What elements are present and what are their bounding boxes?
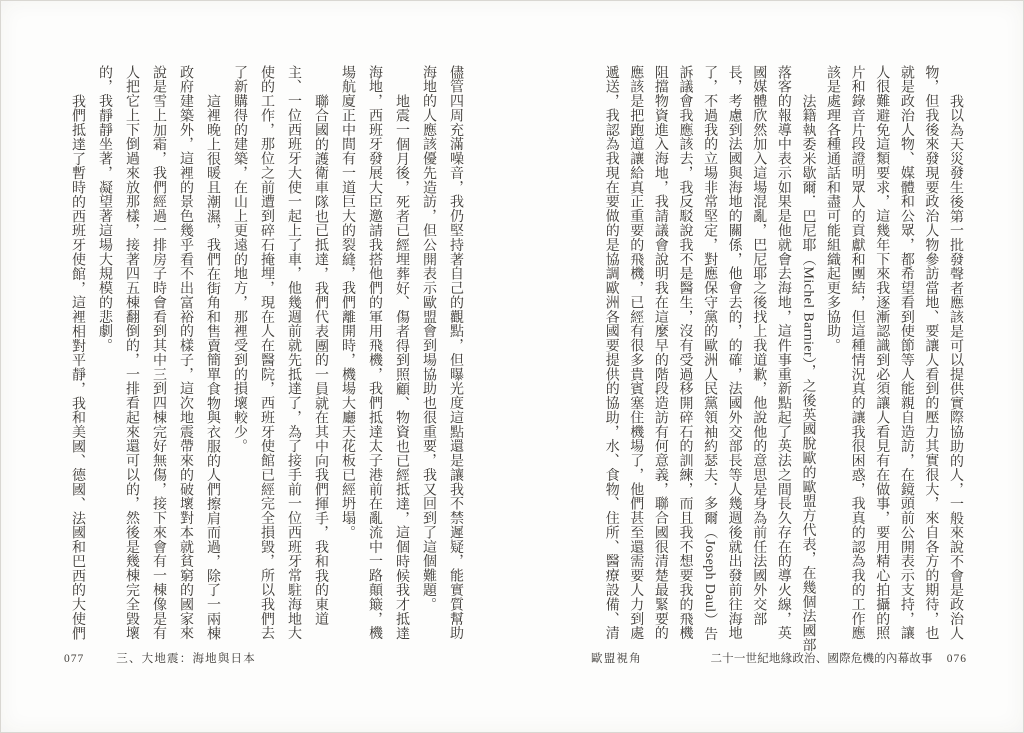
- page-left: 儘管四周充滿噪音，我仍堅持著自己的觀點，但曝光度這點還是讓我不禁遲疑，能實質幫助…: [1, 1, 512, 733]
- page-right-footer: 歐盟視角 二十一世紀地緣政治、國際危機的內幕故事 076: [591, 651, 967, 667]
- paragraph: 聯合國的護衛車隊也已抵達，我們代表團的一員就在其中向我們揮手，我和我的東道主、一…: [226, 65, 334, 653]
- page-right-text: 我以為天災發生後第一批發聲者應該是可以提供實際協助的人，一般來說不會是政治人物，…: [597, 65, 967, 653]
- page-number-left: 077: [64, 651, 84, 667]
- paragraph: 這裡晚上很暖且潮濕，我們在街角和售賣簡單食物與衣服的人們擦肩而過，除了一兩棟政府…: [91, 65, 226, 653]
- footer-title-group: 二十一世紀地緣政治、國際危機的內幕故事 076: [710, 651, 967, 667]
- page-number-right: 076: [947, 651, 967, 667]
- paragraph: 地震一個月後，死者已經埋葬好、傷者得到照顧、物資也已經抵達，這個時候我才抵達海地…: [334, 65, 415, 653]
- book-spread: 我以為天災發生後第一批發聲者應該是可以提供實際協助的人，一般來說不會是政治人物，…: [0, 0, 1024, 733]
- page-left-text: 儘管四周充滿噪音，我仍堅持著自己的觀點，但曝光度這點還是讓我不禁遲疑，能實質幫助…: [63, 65, 469, 653]
- footer-section-label: 歐盟視角: [591, 651, 642, 667]
- paragraph: 我們抵達了暫時的西班牙使館，這裡相對平靜，我和美國、德國、法國和巴西的大使們一: [63, 65, 91, 653]
- paragraph: 儘管四周充滿噪音，我仍堅持著自己的觀點，但曝光度這點還是讓我不禁遲疑，能實質幫助…: [415, 65, 469, 653]
- page-right: 我以為天災發生後第一批發聲者應該是可以提供實際協助的人，一般來說不會是政治人物，…: [512, 1, 1023, 733]
- paragraph: 法籍執委米歇爾．巴尼耶（Michel Barnier），之後英國脫歐的歐盟方代表…: [597, 65, 819, 653]
- page-left-footer: 077 三、大地震：海地與日本: [64, 651, 474, 667]
- footer-book-title: 二十一世紀地緣政治、國際危機的內幕故事: [710, 651, 932, 667]
- footer-chapter-title: 三、大地震：海地與日本: [116, 651, 256, 667]
- paragraph: 我以為天災發生後第一批發聲者應該是可以提供實際協助的人，一般來說不會是政治人物，…: [819, 65, 967, 653]
